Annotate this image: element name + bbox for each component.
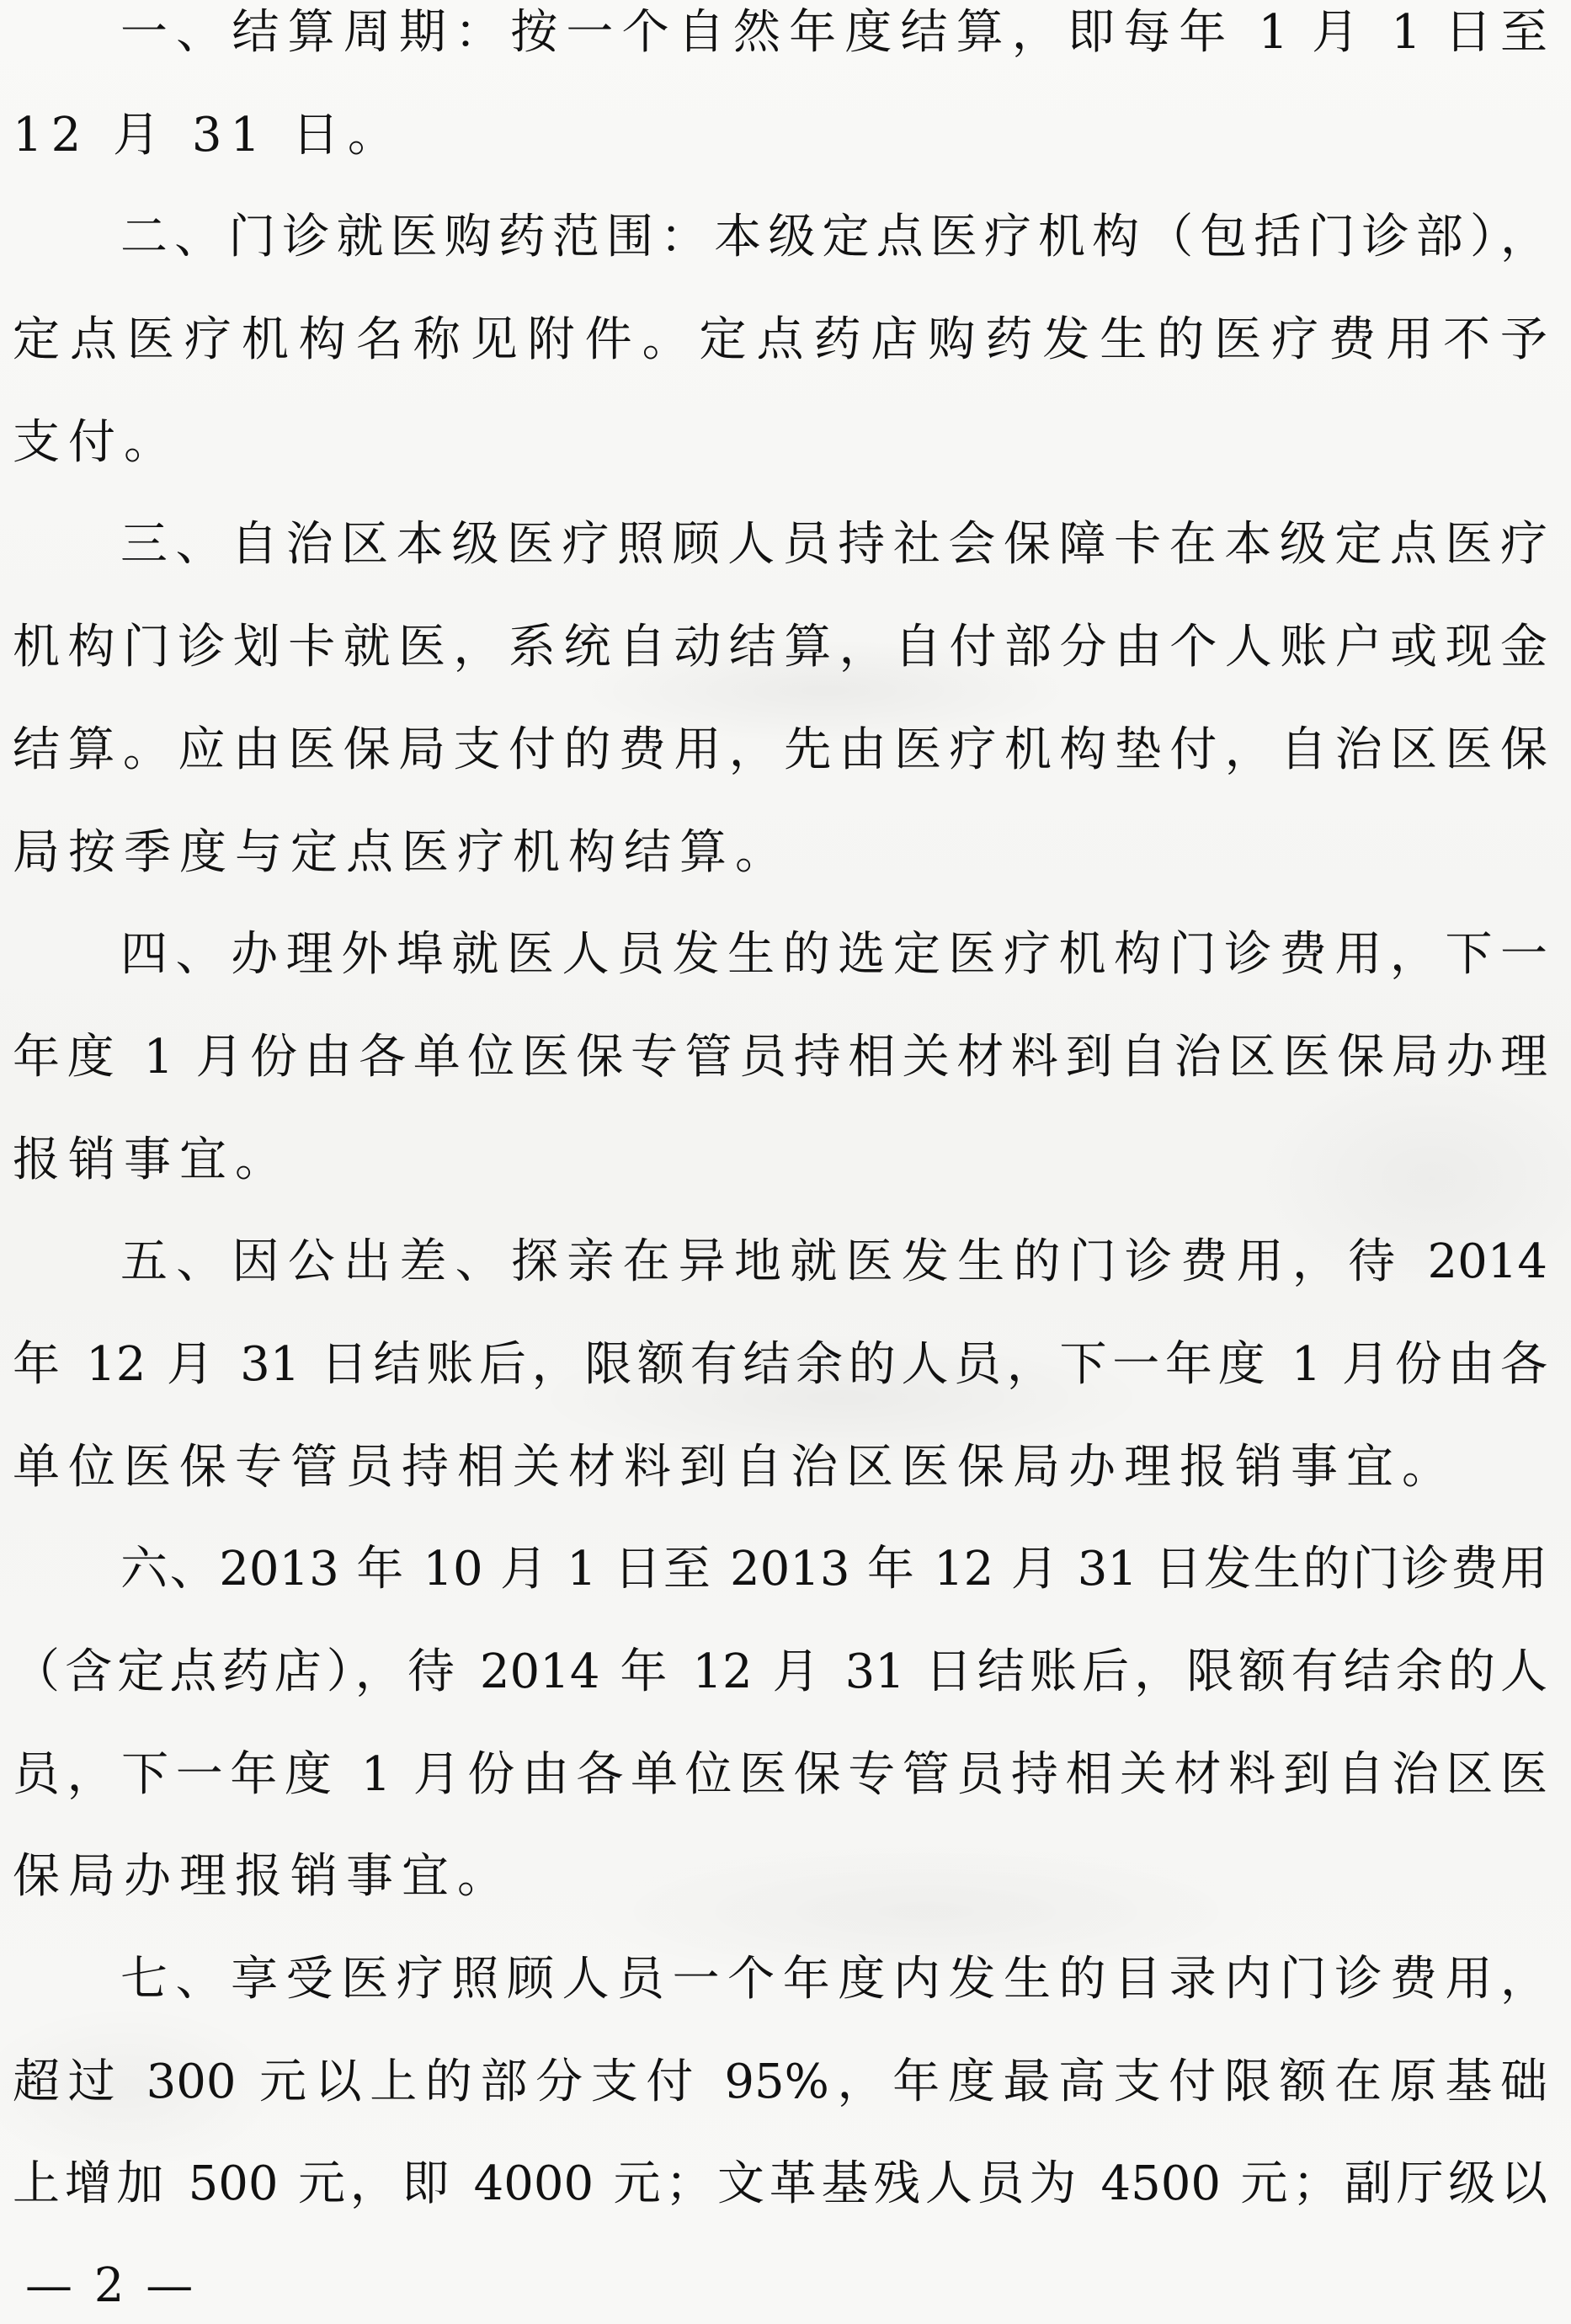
text-line: 七、享受医疗照顾人员一个年度内发生的目录内门诊费用，: [120, 1928, 1547, 2031]
text-line: 定点医疗机构名称见附件。定点药店购药发生的医疗费用不予: [13, 289, 1547, 392]
text-line: 机构门诊划卡就医，系统自动结算，自付部分由个人账户或现金: [13, 596, 1547, 699]
text-line: 三、自治区本级医疗照顾人员持社会保障卡在本级定点医疗: [120, 493, 1547, 596]
text-line: 超过 300 元以上的部分支付 95%，年度最高支付限额在原基础: [13, 2031, 1547, 2134]
paragraph-7-line-1: 七、享受医疗照顾人员一个年度内发生的目录内门诊费用，: [13, 1928, 1547, 2031]
text-line: 局按季度与定点医疗机构结算。: [13, 802, 1547, 904]
text-line: 结算。应由医保局支付的费用，先由医疗机构垫付，自治区医保: [13, 699, 1547, 802]
paragraph-4-line-2: 年度 1 月份由各单位医保专管员持相关材料到自治区医保局办理: [13, 1006, 1547, 1109]
paragraph-2-line-1: 二、门诊就医购药范围：本级定点医疗机构（包括门诊部），: [13, 186, 1547, 289]
text-line: 报销事宜。: [13, 1109, 1547, 1212]
paragraph-1-line-2: 12 月 31 日。: [13, 84, 1547, 187]
text-line: 年 12 月 31 日结账后，限额有结余的人员，下一年度 1 月份由各: [13, 1314, 1547, 1416]
paragraph-3-line-4: 局按季度与定点医疗机构结算。: [13, 802, 1547, 904]
page-number: — 2 —: [25, 2257, 196, 2316]
paragraph-3-line-1: 三、自治区本级医疗照顾人员持社会保障卡在本级定点医疗: [13, 493, 1547, 596]
text-line: 上增加 500 元，即 4000 元；文革基残人员为 4500 元；副厅级以: [13, 2133, 1547, 2236]
paragraph-5-line-2: 年 12 月 31 日结账后，限额有结余的人员，下一年度 1 月份由各: [13, 1314, 1547, 1416]
text-line: 员，下一年度 1 月份由各单位医保专管员持相关材料到自治区医: [13, 1724, 1547, 1826]
text-line: （含定点药店），待 2014 年 12 月 31 日结账后，限额有结余的人: [13, 1621, 1547, 1724]
text-line: 12 月 31 日。: [13, 84, 1547, 187]
paragraph-2-line-2: 定点医疗机构名称见附件。定点药店购药发生的医疗费用不予: [13, 289, 1547, 392]
text-line: 年度 1 月份由各单位医保专管员持相关材料到自治区医保局办理: [13, 1006, 1547, 1109]
paragraph-6-line-2: （含定点药店），待 2014 年 12 月 31 日结账后，限额有结余的人: [13, 1621, 1547, 1724]
paragraph-6-line-3: 员，下一年度 1 月份由各单位医保专管员持相关材料到自治区医: [13, 1724, 1547, 1826]
text-line: 四、办理外埠就医人员发生的选定医疗机构门诊费用，下一: [120, 903, 1547, 1006]
document-page: 一、结算周期：按一个自然年度结算，即每年 1 月 1 日至 12 月 31 日。…: [13, 0, 1547, 2236]
text-line: 单位医保专管员持相关材料到自治区医保局办理报销事宜。: [13, 1416, 1547, 1519]
paragraph-4-line-1: 四、办理外埠就医人员发生的选定医疗机构门诊费用，下一: [13, 903, 1547, 1006]
paragraph-2-line-3: 支付。: [13, 392, 1547, 494]
paragraph-6-line-1: 六、2013 年 10 月 1 日至 2013 年 12 月 31 日发生的门诊…: [13, 1518, 1547, 1621]
paragraph-5-line-3: 单位医保专管员持相关材料到自治区医保局办理报销事宜。: [13, 1416, 1547, 1519]
paragraph-5-line-1: 五、因公出差、探亲在异地就医发生的门诊费用，待 2014: [13, 1211, 1547, 1314]
paragraph-7-line-3: 上增加 500 元，即 4000 元；文革基残人员为 4500 元；副厅级以: [13, 2133, 1547, 2236]
paragraph-3-line-3: 结算。应由医保局支付的费用，先由医疗机构垫付，自治区医保: [13, 699, 1547, 802]
text-line: 支付。: [13, 392, 1547, 494]
text-line: 一、结算周期：按一个自然年度结算，即每年 1 月 1 日至: [120, 0, 1547, 84]
text-line: 五、因公出差、探亲在异地就医发生的门诊费用，待 2014: [120, 1211, 1547, 1314]
paragraph-4-line-3: 报销事宜。: [13, 1109, 1547, 1212]
paragraph-6-line-4: 保局办理报销事宜。: [13, 1826, 1547, 1928]
text-line: 二、门诊就医购药范围：本级定点医疗机构（包括门诊部），: [120, 186, 1547, 289]
paragraph-3-line-2: 机构门诊划卡就医，系统自动结算，自付部分由个人账户或现金: [13, 596, 1547, 699]
paragraph-1-line-1: 一、结算周期：按一个自然年度结算，即每年 1 月 1 日至: [13, 0, 1547, 84]
paragraph-7-line-2: 超过 300 元以上的部分支付 95%，年度最高支付限额在原基础: [13, 2031, 1547, 2134]
text-line: 六、2013 年 10 月 1 日至 2013 年 12 月 31 日发生的门诊…: [120, 1518, 1547, 1621]
text-line: 保局办理报销事宜。: [13, 1826, 1547, 1928]
